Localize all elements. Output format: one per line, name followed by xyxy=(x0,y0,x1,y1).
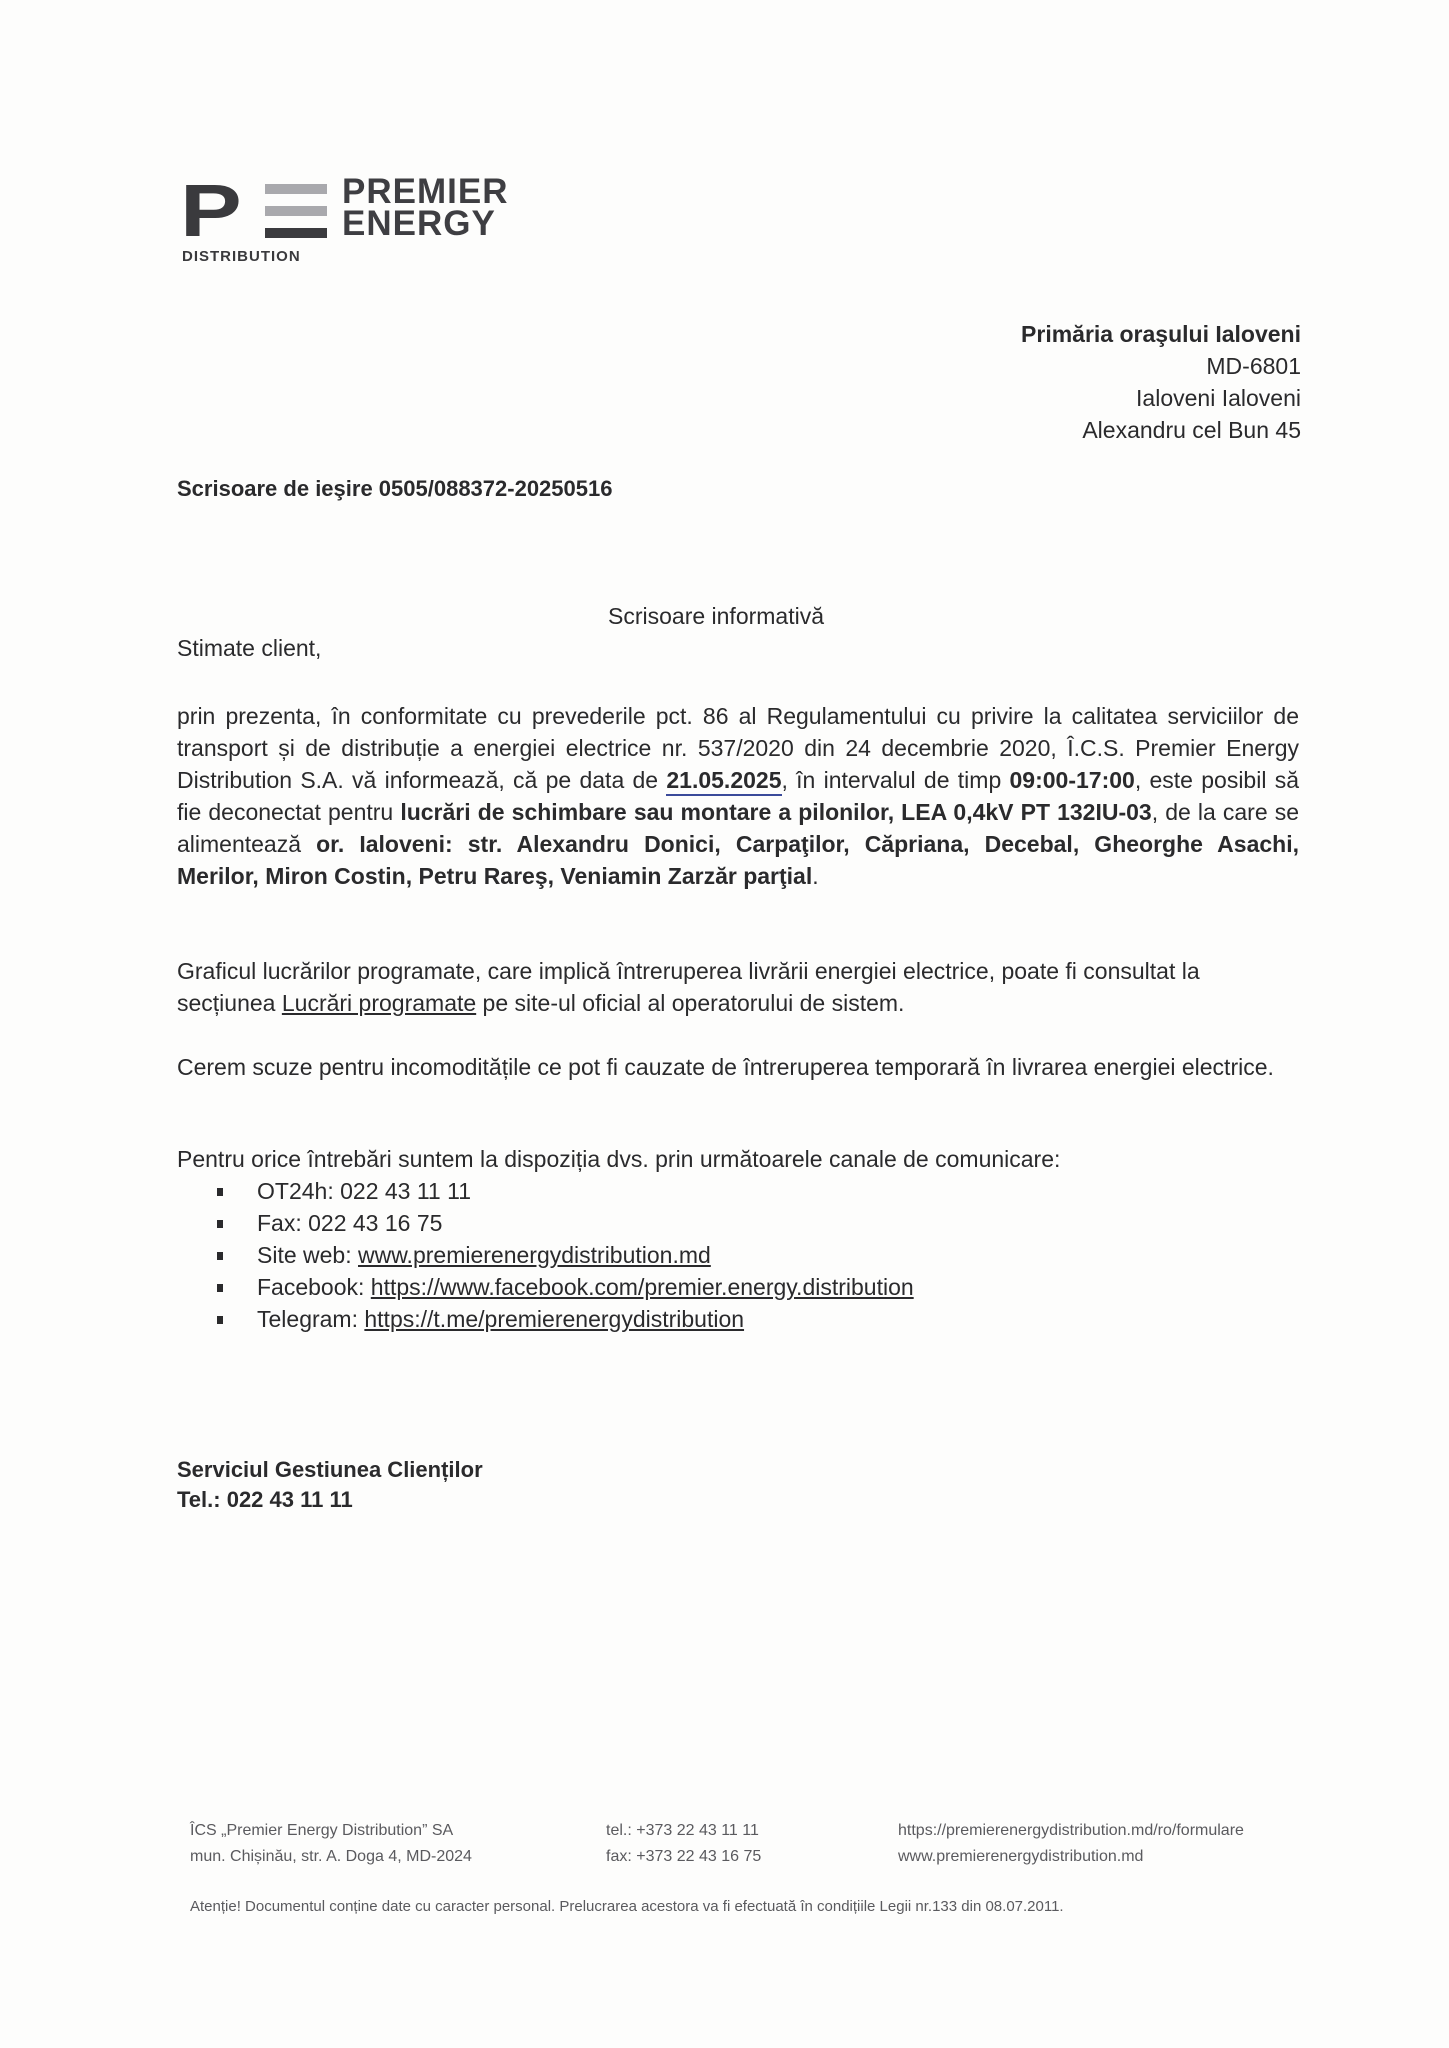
recipient-locality: Ialoveni Ialoveni xyxy=(1021,382,1301,414)
outage-date: 21.05.2025 xyxy=(666,767,781,796)
channel-telegram: Telegram: https://t.me/premierenergydist… xyxy=(217,1303,1299,1335)
letter-subject: Scrisoare informativă xyxy=(608,603,824,630)
work-description: lucrări de schimbare sau montare a pilon… xyxy=(400,799,1151,825)
signature-phone: Tel.: 022 43 11 11 xyxy=(177,1485,483,1515)
footer-web-info: https://premierenergydistribution.md/ro/… xyxy=(898,1818,1244,1870)
logo-wordmark: PREMIER ENERGY xyxy=(342,176,508,240)
channel-website: Site web: www.premierenergydistribution.… xyxy=(217,1239,1299,1271)
contact-section: Pentru orice întrebări suntem la dispozi… xyxy=(177,1143,1299,1335)
channel-facebook: Facebook: https://www.facebook.com/premi… xyxy=(217,1271,1299,1303)
letter-page: P PREMIER ENERGY DISTRIBUTION Primăria o… xyxy=(0,0,1449,2048)
contact-intro: Pentru orice întrebări suntem la dispozi… xyxy=(177,1143,1299,1175)
outgoing-letter-number: Scrisoare de ieşire 0505/088372-20250516 xyxy=(177,476,612,502)
salutation: Stimate client, xyxy=(177,635,321,662)
signature-block: Serviciul Gestiunea Clienților Tel.: 022… xyxy=(177,1455,483,1515)
facebook-link[interactable]: https://www.facebook.com/premier.energy.… xyxy=(371,1274,914,1300)
footer-company-info: ÎCS „Premier Energy Distribution” SA mun… xyxy=(190,1818,472,1870)
website-link[interactable]: www.premierenergydistribution.md xyxy=(358,1242,711,1268)
telegram-link[interactable]: https://t.me/premierenergydistribution xyxy=(364,1306,744,1332)
recipient-name: Primăria oraşului Ialoveni xyxy=(1021,318,1301,350)
contact-channels-list: OT24h: 022 43 11 11 Fax: 022 43 16 75 Si… xyxy=(177,1175,1299,1335)
personal-data-notice: Atenție! Documentul conține date cu cara… xyxy=(190,1898,1064,1915)
footer-phone-info: tel.: +373 22 43 11 11 fax: +373 22 43 1… xyxy=(606,1818,761,1870)
notice-paragraph: prin prezenta, în conformitate cu preved… xyxy=(177,700,1299,892)
logo-bars-icon xyxy=(265,184,327,250)
recipient-street: Alexandru cel Bun 45 xyxy=(1021,414,1301,446)
outage-time-interval: 09:00-17:00 xyxy=(1010,767,1135,793)
channel-fax: Fax: 022 43 16 75 xyxy=(217,1207,1299,1239)
logo-mark: P xyxy=(180,180,239,242)
footer-forms-url: https://premierenergydistribution.md/ro/… xyxy=(898,1818,1244,1844)
recipient-postal-code: MD-6801 xyxy=(1021,350,1301,382)
scheduled-works-link[interactable]: Lucrări programate xyxy=(282,990,476,1016)
company-logo: P PREMIER ENERGY DISTRIBUTION xyxy=(180,168,560,268)
signature-department: Serviciul Gestiunea Clienților xyxy=(177,1455,483,1485)
apology-paragraph: Cerem scuze pentru incomoditățile ce pot… xyxy=(177,1051,1299,1083)
recipient-address: Primăria oraşului Ialoveni MD-6801 Ialov… xyxy=(1021,318,1301,446)
logo-subtitle: DISTRIBUTION xyxy=(182,248,301,265)
affected-area: or. Ialoveni: str. Alexandru Donici, Car… xyxy=(177,831,1299,889)
footer-website: www.premierenergydistribution.md xyxy=(898,1844,1244,1870)
channel-ot24h: OT24h: 022 43 11 11 xyxy=(217,1175,1299,1207)
schedule-paragraph: Graficul lucrărilor programate, care imp… xyxy=(177,955,1299,1019)
